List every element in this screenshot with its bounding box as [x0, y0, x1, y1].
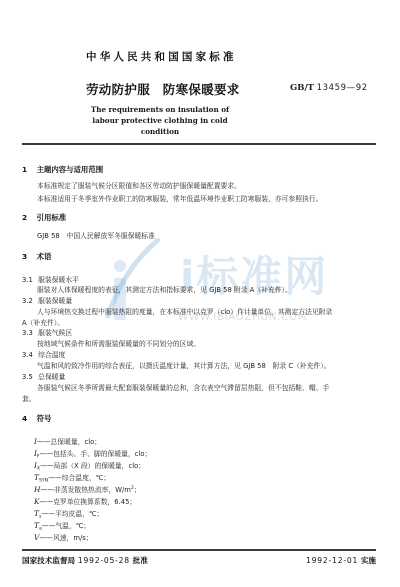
section-3-heading: 3 术语: [22, 252, 378, 262]
symbol-row: H——非蒸发散热热流率，W/m2；: [34, 484, 141, 494]
document-title-cn: 劳动防护服 防寒保暖要求: [86, 80, 240, 98]
term-number: 3.2: [22, 296, 36, 306]
term-3-1: 3.1 服装保暖水平 服装对人体保暖程度的表征，其测定方法和指标要求，见 GJB…: [22, 275, 378, 295]
symbol-row: I——总保暖量，clo；: [34, 436, 101, 446]
symbol-description: ——局部（X 段）的保暖量，clo；: [40, 462, 145, 470]
term-definition: 人与环境热交换过程中服装热阻的度量，在本标准中以克罗（clo）作计量单位，其测定…: [22, 307, 378, 317]
referenced-standard: GJB 58 中国人民解放军冬服保暖标准: [22, 231, 378, 241]
symbol-description: ——气温，℃；: [42, 522, 90, 530]
approval-info: 国家技术监督局 1992-05-28 批准: [22, 555, 148, 566]
term-definition: 气温和风的致冷作用的综合表征，以摄氏温度计量，其计算方法，见 GJB 58 附录…: [22, 361, 378, 371]
term-3-3: 3.3 服装气候区 按地域气候条件和所需服装保暖量的不同划分的区域。: [22, 328, 378, 349]
symbol-row: Ts——平均皮温，℃；: [34, 508, 103, 520]
approval-label: 批准: [133, 556, 148, 565]
term-title: 总保暖量: [38, 373, 65, 381]
title-en-line-2: labour protective clothing in cold condi…: [80, 115, 240, 137]
term-3-4: 3.4 综合温度 气温和风的致冷作用的综合表征，以摄氏温度计量，其计算方法，见 …: [22, 350, 378, 371]
term-definition: 各服装气候区冬季所需最大配套服装保暖量的总和，含衣表空气滞留层热阻，但不包括鞋、…: [22, 383, 378, 393]
term-number: 3.5: [22, 372, 36, 382]
symbol-description: ——包括头、手、脚的保暖量，clo；: [40, 450, 152, 458]
symbol-description: ——综合温度，℃；: [48, 474, 110, 482]
approver-name: 国家技术监督局: [22, 556, 75, 565]
standard-code-number: 13459—92: [317, 83, 368, 93]
term-title: 综合温度: [38, 351, 65, 359]
title-en-line-1: The requirements on insulation of: [80, 104, 240, 115]
section-4: 4 符号: [22, 414, 378, 424]
term-title: 服装保暖水平: [38, 276, 79, 284]
term-title: 服装气候区: [38, 329, 72, 337]
header-divider: [22, 143, 376, 145]
term-definition: 按地域气候条件和所需服装保暖量的不同划分的区域。: [22, 339, 378, 349]
section-1-heading: 1 主题内容与适用范围: [22, 165, 378, 175]
term-number: 3.4: [22, 350, 36, 360]
symbol-description: ——克罗单位换算系数，6.45；: [40, 498, 137, 506]
term-number: 3.1: [22, 275, 36, 285]
symbol-description-tail: ；: [134, 486, 141, 494]
symbol-description: ——平均皮温，℃；: [41, 510, 103, 518]
effective-date: 1992-12-01: [306, 556, 358, 565]
standard-code-prefix: GB/T: [290, 83, 314, 93]
term-heading: 3.5 总保暖量: [22, 372, 378, 382]
term-heading: 3.4 综合温度: [22, 350, 378, 360]
section-title: 符号: [37, 414, 52, 423]
section-1-paragraph-1: 本标准规定了服装气候分区限值和各区劳动防护服保暖量配置要求。: [22, 181, 378, 191]
symbol-description: ——风速，m/s；: [39, 534, 92, 542]
symbol-description: ——总保暖量，clo；: [37, 438, 101, 446]
document-title-en: The requirements on insulation of labour…: [80, 104, 240, 137]
effective-label: 实施: [361, 556, 376, 565]
term-heading: 3.2 服装保暖量: [22, 296, 378, 306]
term-definition-continued: 套。: [22, 394, 378, 404]
section-1-paragraph-2: 本标准适用于冬季室外作业职工的防寒服装，常年低温环境作业职工防寒服装，亦可参照执…: [22, 194, 378, 204]
term-definition-continued: A（补充件）。: [22, 318, 378, 328]
issuing-authority-heading: 中华人民共和国国家标准: [86, 49, 237, 64]
symbol-row: V——风速，m/s；: [34, 532, 93, 542]
section-3: 3 术语: [22, 252, 378, 262]
section-number: 1: [22, 165, 34, 175]
section-number: 2: [22, 213, 34, 223]
section-title: 主题内容与适用范围: [37, 165, 104, 174]
term-number: 3.3: [22, 328, 36, 338]
term-3-2: 3.2 服装保暖量 人与环境热交换过程中服装热阻的度量，在本标准中以克罗（clo…: [22, 296, 378, 328]
section-2-heading: 2 引用标准: [22, 213, 378, 223]
term-definition: 服装对人体保暖程度的表征，其测定方法和指标要求，见 GJB 58 附录 A（补充…: [22, 285, 378, 295]
section-number: 3: [22, 252, 34, 262]
term-3-5: 3.5 总保暖量 各服装气候区冬季所需最大配套服装保暖量的总和，含衣表空气滞留层…: [22, 372, 378, 404]
section-2: 2 引用标准 GJB 58 中国人民解放军冬服保暖标准: [22, 213, 378, 241]
symbol-subscript: SYN: [39, 479, 48, 484]
section-title: 术语: [37, 252, 52, 261]
section-1: 1 主题内容与适用范围 本标准规定了服装气候分区限值和各区劳动防护服保暖量配置要…: [22, 165, 378, 204]
symbol-row: IX——局部（X 段）的保暖量，clo；: [34, 460, 145, 472]
term-heading: 3.1 服装保暖水平: [22, 275, 378, 285]
section-4-heading: 4 符号: [22, 414, 378, 424]
approval-date: 1992-05-28: [78, 556, 130, 565]
footer-divider: [22, 549, 376, 551]
standard-document-page: 中华人民共和国国家标准 劳动防护服 防寒保暖要求 GB/T 13459—92 T…: [0, 0, 400, 587]
section-number: 4: [22, 414, 34, 424]
term-heading: 3.3 服装气候区: [22, 328, 378, 338]
symbol-row: IF——包括头、手、脚的保暖量，clo；: [34, 448, 151, 460]
section-title: 引用标准: [37, 213, 67, 222]
standard-code: GB/T 13459—92: [290, 83, 368, 93]
term-title: 服装保暖量: [38, 297, 72, 305]
symbol-row: Ta——气温，℃；: [34, 520, 90, 532]
symbol-description: ——非蒸发散热热流率，W/m: [40, 486, 130, 494]
effective-info: 1992-12-01 实施: [306, 555, 376, 566]
symbol-row: TSYN——综合温度，℃；: [34, 472, 110, 484]
symbol-row: K——克罗单位换算系数，6.45；: [34, 496, 136, 506]
